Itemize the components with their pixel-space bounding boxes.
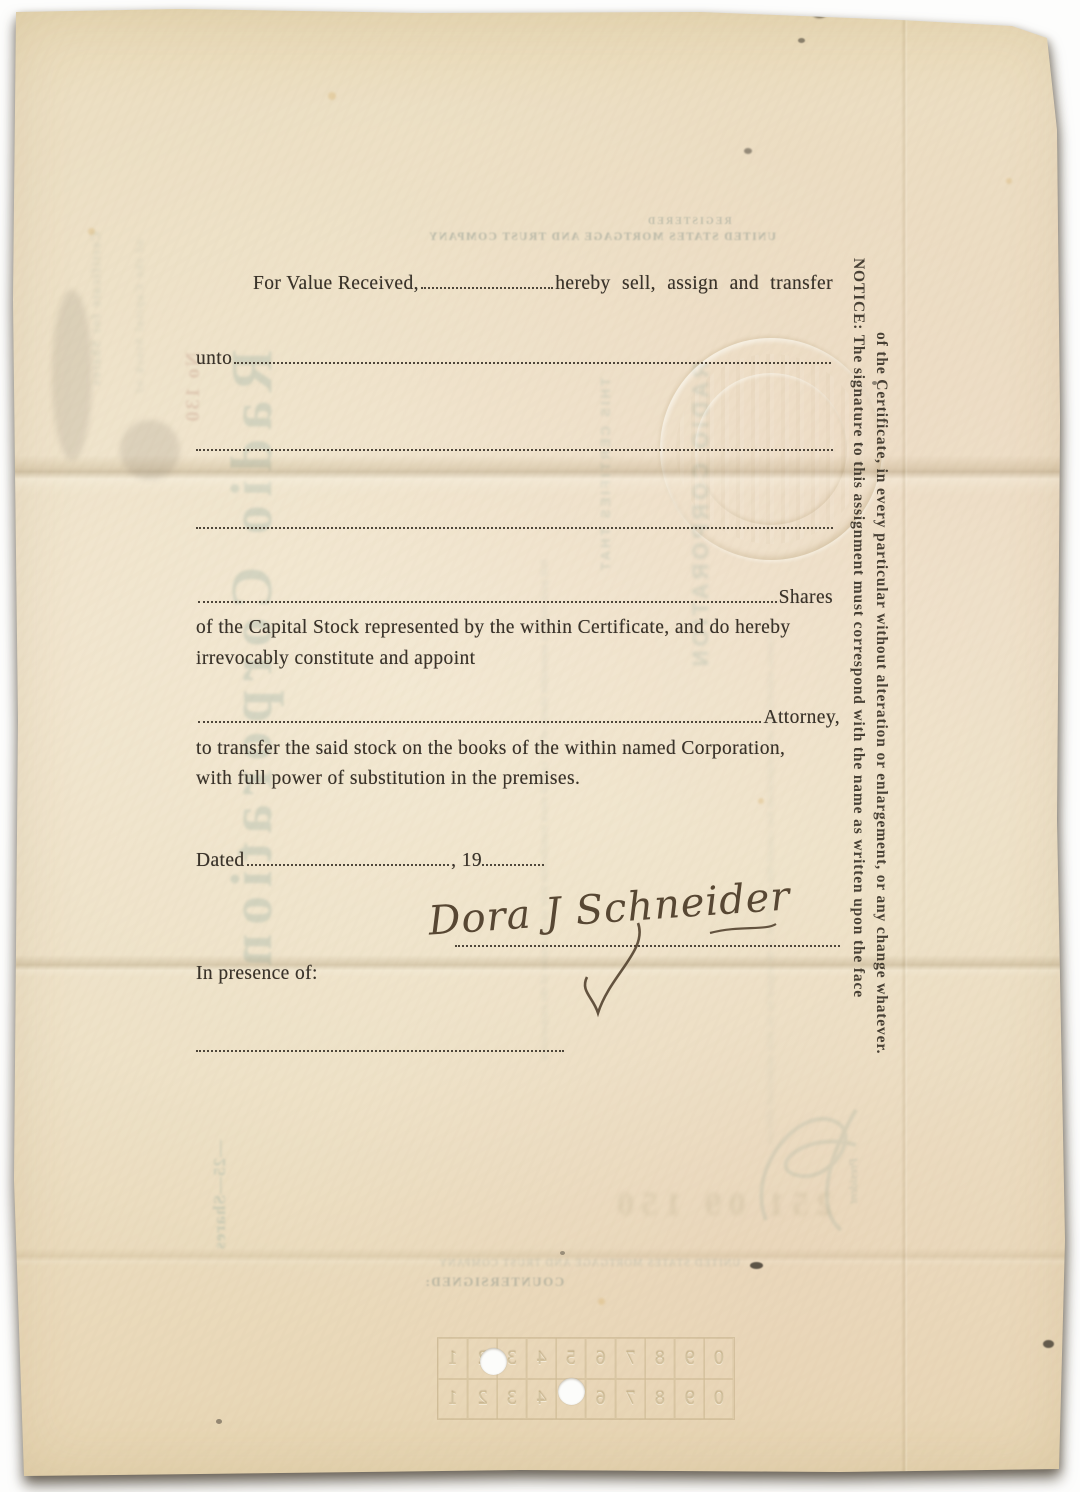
unto-blank-dots bbox=[234, 362, 831, 364]
transfer-line: to transfer the said stock on the books … bbox=[196, 737, 785, 760]
ghost-share-count-vertical: —25—Shares bbox=[210, 1140, 230, 1290]
dated-blank-dots bbox=[247, 864, 450, 866]
scanned-certificate-back: REGISTERED UNITED STATES MORTGAGE AND TR… bbox=[0, 0, 1080, 1492]
horizontal-fold-crease-middle bbox=[0, 955, 1080, 977]
foxing-spot bbox=[598, 1298, 605, 1305]
dated-label: Dated bbox=[196, 849, 245, 872]
grid-digit: 0 bbox=[704, 1338, 734, 1379]
shares-blank-dots bbox=[198, 601, 777, 603]
witness-line bbox=[196, 1050, 564, 1052]
grid-digit: 7 bbox=[616, 1379, 646, 1420]
ink-speck bbox=[216, 1419, 222, 1424]
punch-hole-2 bbox=[558, 1378, 585, 1405]
grid-digit: 1 bbox=[438, 1338, 468, 1379]
grid-digit: 3 bbox=[497, 1379, 527, 1420]
ink-speck bbox=[798, 38, 805, 43]
fill-in-blank-dots bbox=[421, 287, 553, 289]
notice-line-1: NOTICE: The signature to this assignment… bbox=[849, 258, 867, 998]
grid-digit: 8 bbox=[645, 1379, 675, 1420]
gray-smudge bbox=[52, 290, 92, 460]
capital-stock-line: of the Capital Stock represented by the … bbox=[196, 616, 791, 639]
grid-digit: 9 bbox=[675, 1338, 705, 1379]
blank-line-1 bbox=[196, 449, 833, 451]
year-blank-dots bbox=[482, 864, 544, 866]
certificate-paper: REGISTERED UNITED STATES MORTGAGE AND TR… bbox=[0, 0, 1080, 1492]
grid-digit: 8 bbox=[645, 1338, 675, 1379]
ghost-left-column-text-1: Certificate for Shares bbox=[88, 232, 104, 632]
grid-digit: 1 bbox=[438, 1379, 468, 1420]
deckled-top-edge bbox=[0, 0, 1050, 16]
attorney-line: Attorney, bbox=[196, 706, 840, 729]
ghost-registered-text: REGISTERED bbox=[646, 216, 732, 227]
grid-digit: 9 bbox=[675, 1379, 705, 1420]
foxing-spot bbox=[328, 92, 336, 100]
ink-speck bbox=[744, 148, 752, 154]
grid-digit: 6 bbox=[586, 1338, 616, 1379]
grid-digit: 4 bbox=[527, 1379, 557, 1420]
ghost-countersigned-text: COUNTERSIGNED: bbox=[424, 1274, 564, 1290]
unto-line: unto bbox=[196, 347, 833, 370]
ink-speck bbox=[560, 1251, 565, 1255]
value-received-line: For Value Received,hereby sell, assign a… bbox=[253, 272, 833, 295]
shares-label: Shares bbox=[779, 586, 833, 609]
attorney-label: Attorney, bbox=[763, 706, 840, 729]
appoint-line: irrevocably constitute and appoint bbox=[196, 647, 475, 670]
grid-digit: 0 bbox=[704, 1379, 734, 1420]
value-received-prefix: For Value Received, bbox=[253, 272, 419, 295]
rough-left-edge bbox=[6, 0, 20, 1480]
ink-mark bbox=[750, 1262, 763, 1269]
ink-speck bbox=[872, 381, 877, 385]
year-prefix: , 19 bbox=[451, 849, 482, 872]
foxing-spot bbox=[1006, 178, 1012, 184]
grid-digit: 7 bbox=[616, 1338, 646, 1379]
ghost-bank-name-text: UNITED STATES MORTGAGE AND TRUST COMPANY bbox=[424, 231, 776, 243]
foxing-spot bbox=[88, 228, 95, 235]
ink-smudge bbox=[812, 8, 827, 18]
paper-shadow-wrap: REGISTERED UNITED STATES MORTGAGE AND TR… bbox=[0, 0, 1080, 1492]
vertical-fold-crease bbox=[901, 0, 908, 1480]
horizontal-fold-crease-lower bbox=[0, 1248, 1080, 1266]
blank-line-2 bbox=[196, 527, 833, 529]
value-received-suffix: hereby sell, assign and transfer bbox=[555, 272, 833, 295]
grid-digit: 5 bbox=[556, 1338, 586, 1379]
grid-digit: 4 bbox=[527, 1338, 557, 1379]
notice-line-2: of the Certificate, in every particular … bbox=[872, 332, 890, 1054]
unto-label: unto bbox=[196, 347, 232, 370]
grid-digit: 2 bbox=[468, 1379, 498, 1420]
in-presence-label: In presence of: bbox=[196, 962, 318, 985]
dated-line: Dated, 19 bbox=[196, 849, 544, 872]
substitution-line: with full power of substitution in the p… bbox=[196, 767, 580, 790]
attorney-blank-dots bbox=[198, 721, 761, 723]
ghost-this-certifies-text: THIS CERTIFIES THAT bbox=[598, 378, 613, 708]
ghost-signature-swirl bbox=[736, 1090, 906, 1250]
foxing-spot bbox=[758, 798, 764, 804]
grid-digit: 6 bbox=[586, 1379, 616, 1420]
punch-hole-1 bbox=[480, 1348, 507, 1375]
signature-flourish bbox=[560, 915, 780, 1025]
ink-mark bbox=[1043, 1340, 1054, 1348]
gray-smudge bbox=[120, 420, 180, 480]
shares-line: Shares bbox=[196, 586, 833, 609]
ghost-punch-card-grid: 1 2 3 4 5 6 7 8 9 0 1 2 3 4 5 6 7 8 9 0 bbox=[437, 1337, 735, 1420]
ghost-company-name-vertical: Radio Corporation bbox=[218, 350, 285, 1400]
